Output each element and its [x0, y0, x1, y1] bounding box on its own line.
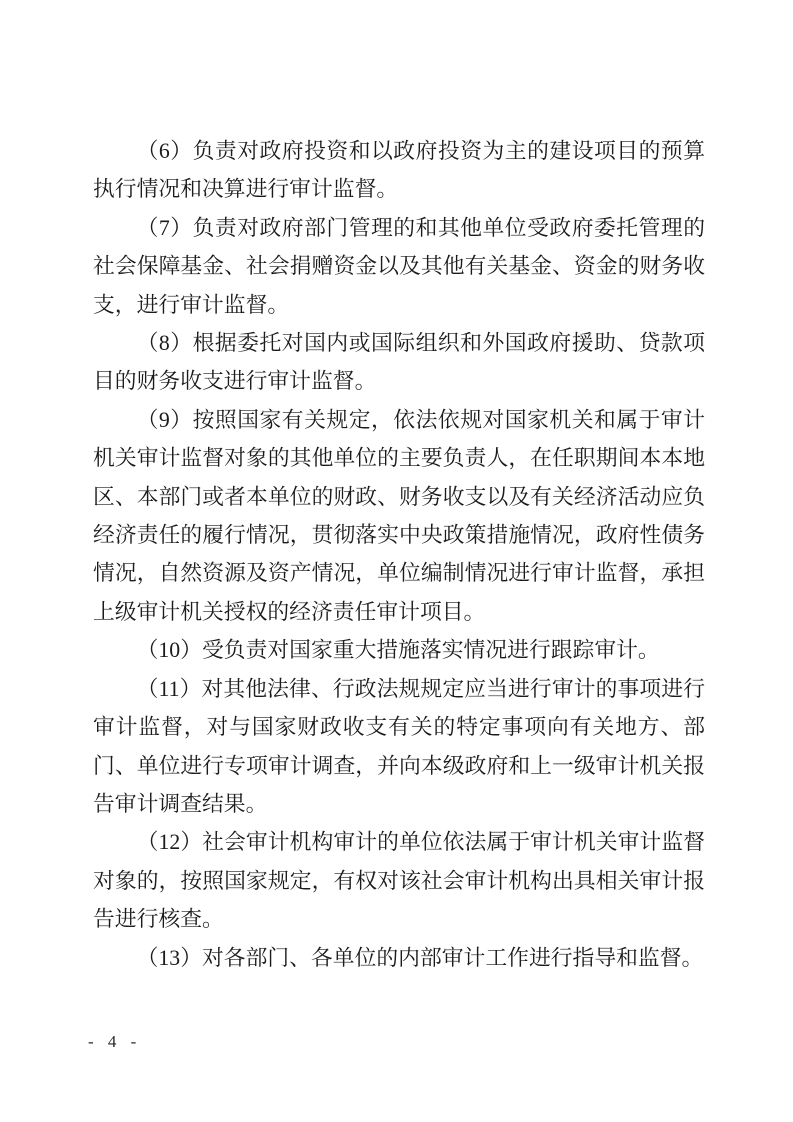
- paragraph-item-13: （13）对各部门、各单位的内部审计工作进行指导和监督。: [93, 939, 705, 977]
- paragraph-item-10: （10）受负责对国家重大措施落实情况进行跟踪审计。: [93, 631, 705, 669]
- document-page: （6）负责对政府投资和以政府投资为主的建设项目的预算执行情况和决算进行审计监督。…: [0, 0, 793, 1122]
- document-body: （6）负责对政府投资和以政府投资为主的建设项目的预算执行情况和决算进行审计监督。…: [93, 132, 705, 977]
- page-number: - 4 -: [88, 1032, 141, 1052]
- paragraph-item-7: （7）负责对政府部门管理的和其他单位受政府委托管理的社会保障基金、社会捐赠资金以…: [93, 209, 705, 324]
- paragraph-item-8: （8）根据委托对国内或国际组织和外国政府援助、贷款项目的财务收支进行审计监督。: [93, 324, 705, 401]
- paragraph-item-6: （6）负责对政府投资和以政府投资为主的建设项目的预算执行情况和决算进行审计监督。: [93, 132, 705, 209]
- paragraph-item-9: （9）按照国家有关规定，依法依规对国家机关和属于审计机关审计监督对象的其他单位的…: [93, 401, 705, 631]
- paragraph-item-11: （11）对其他法律、行政法规规定应当进行审计的事项进行审计监督，对与国家财政收支…: [93, 670, 705, 824]
- paragraph-item-12: （12）社会审计机构审计的单位依法属于审计机关审计监督对象的，按照国家规定，有权…: [93, 823, 705, 938]
